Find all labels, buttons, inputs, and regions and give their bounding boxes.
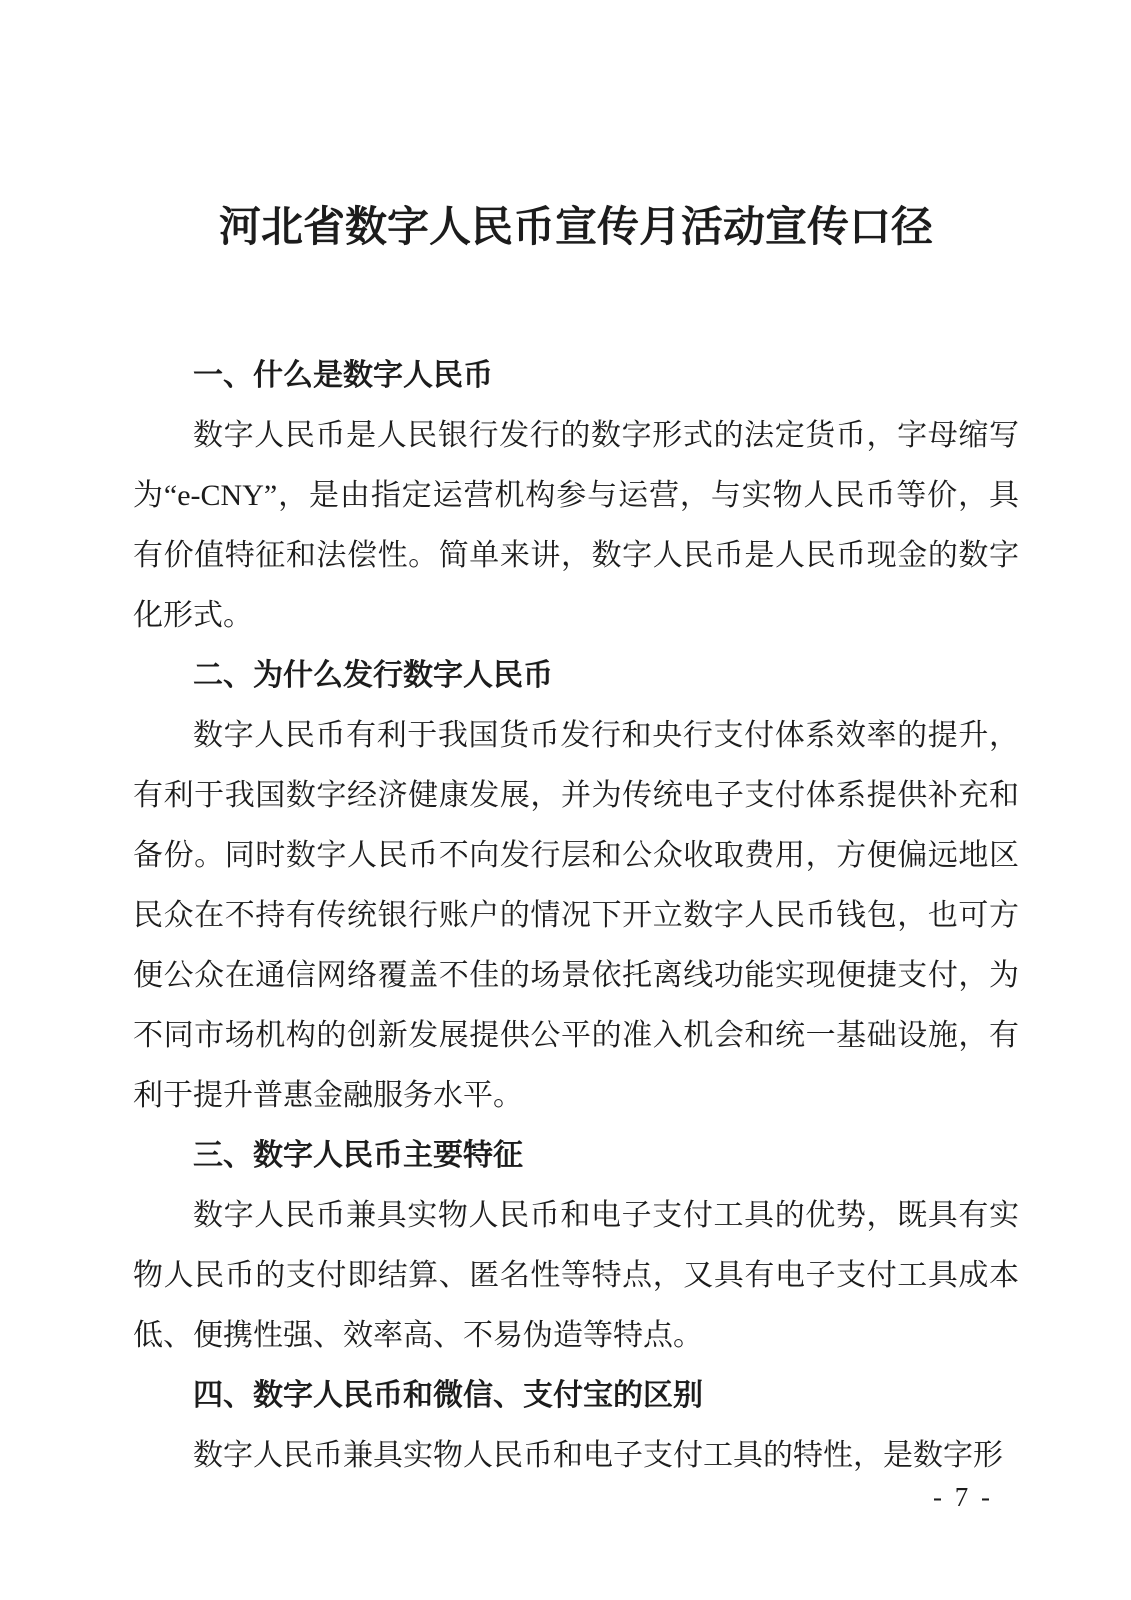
document-title: 河北省数字人民币宣传月活动宣传口径: [133, 202, 1019, 254]
section-1-heading: 一、什么是数字人民币: [133, 346, 1019, 406]
section-4-body: 数字人民币兼具实物人民币和电子支付工具的特性，是数字形: [133, 1426, 1019, 1486]
section-1-body: 数字人民币是人民银行发行的数字形式的法定货币，字母缩写为“e-CNY”，是由指定…: [133, 406, 1019, 646]
document-content: 河北省数字人民币宣传月活动宣传口径 一、什么是数字人民币 数字人民币是人民银行发…: [0, 0, 1131, 1486]
section-4-heading: 四、数字人民币和微信、支付宝的区别: [133, 1366, 1019, 1426]
document-page: 河北省数字人民币宣传月活动宣传口径 一、什么是数字人民币 数字人民币是人民银行发…: [0, 0, 1131, 1600]
section-2-body: 数字人民币有利于我国货币发行和央行支付体系效率的提升，有利于我国数字经济健康发展…: [133, 706, 1019, 1126]
page-number: - 7 -: [933, 1482, 993, 1513]
section-3-heading: 三、数字人民币主要特征: [133, 1126, 1019, 1186]
section-2-heading: 二、为什么发行数字人民币: [133, 646, 1019, 706]
section-3-body: 数字人民币兼具实物人民币和电子支付工具的优势，既具有实物人民币的支付即结算、匿名…: [133, 1186, 1019, 1366]
